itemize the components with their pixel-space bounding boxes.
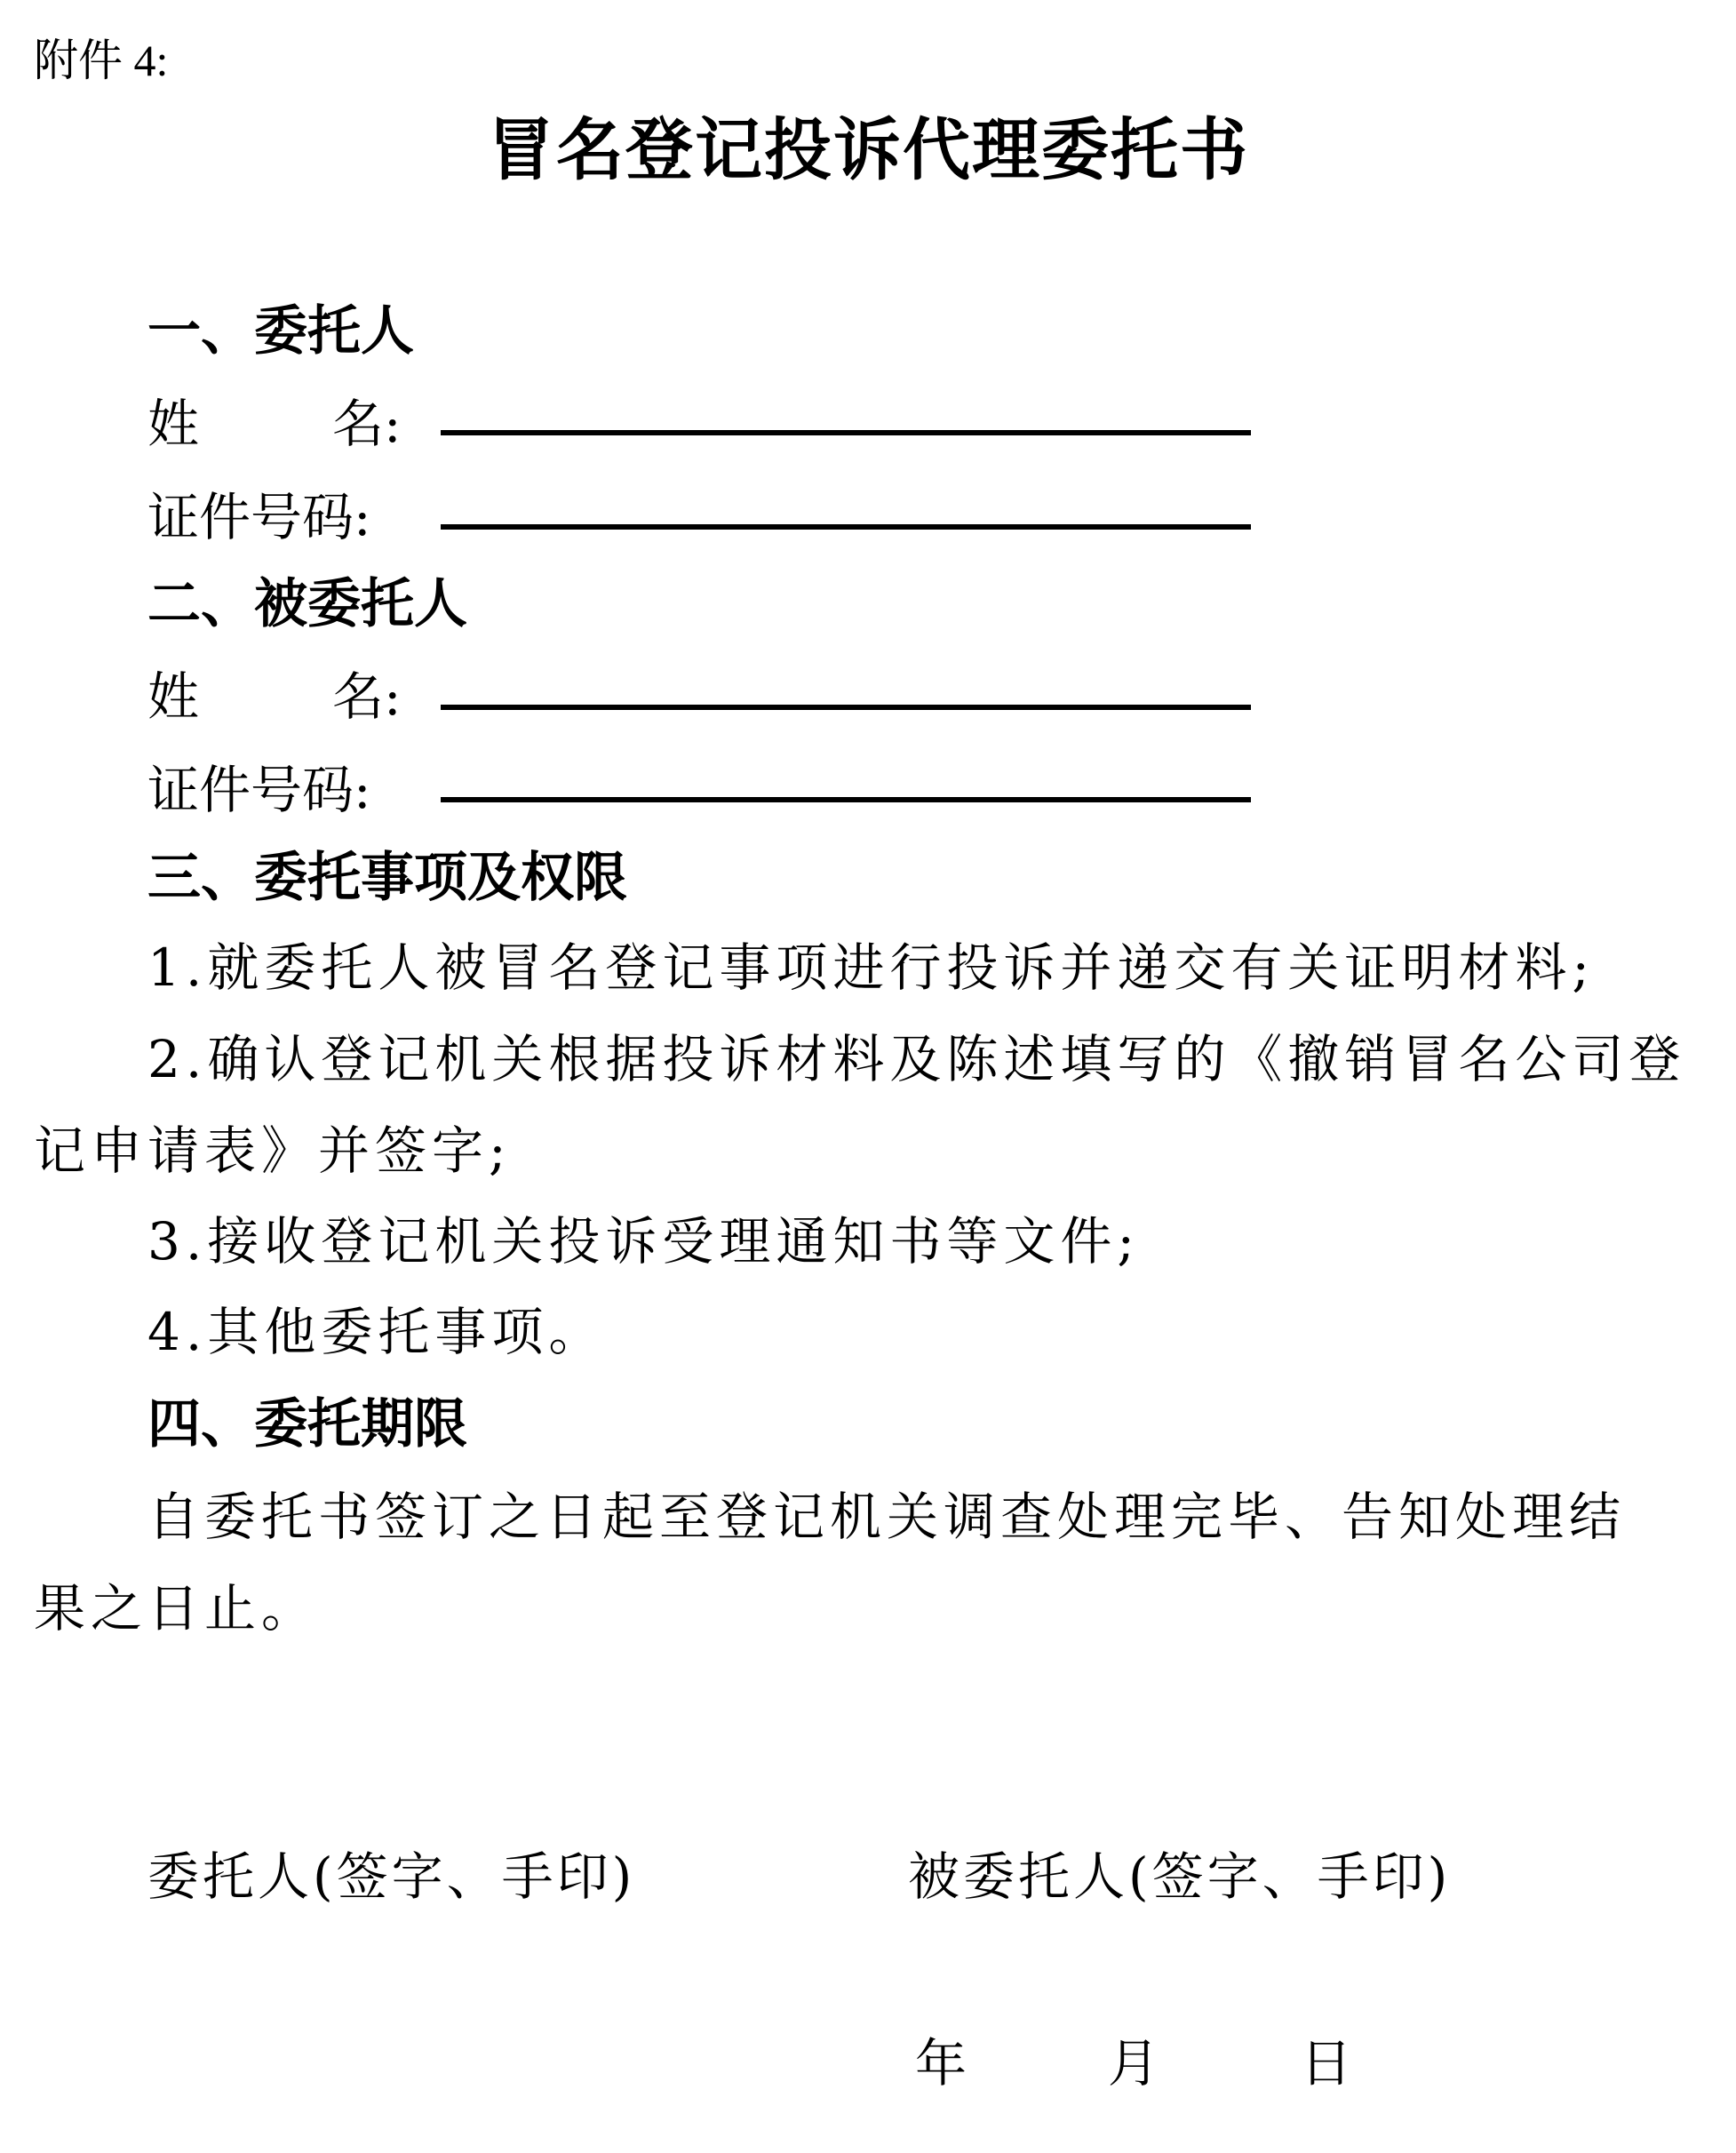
- section-heading-principal: 一、委托人: [147, 289, 414, 365]
- date-line: 年 月 日: [915, 2021, 1356, 2096]
- agent-id-field[interactable]: [441, 797, 1251, 802]
- term-paragraph-line-1: 自委托书签订之日起至登记机关调查处理完毕、告知处理结: [147, 1475, 1626, 1550]
- agent-name-field[interactable]: [441, 705, 1251, 710]
- agent-name-label: 姓名:: [147, 655, 402, 730]
- name-label-end: 名:: [332, 666, 402, 727]
- scope-item-3: 3.接收登记机关投诉受理通知书等文件;: [147, 1200, 1140, 1274]
- section-heading-scope: 三、委托事项及权限: [147, 835, 627, 912]
- scope-item-4: 4.其他委托事项。: [147, 1290, 605, 1365]
- document-title: 冒名登记投诉代理委托书: [0, 96, 1736, 193]
- principal-id-field[interactable]: [441, 524, 1251, 530]
- agent-id-label: 证件号码:: [147, 748, 371, 823]
- term-paragraph-line-2: 果之日止。: [34, 1567, 318, 1641]
- principal-name-field[interactable]: [441, 430, 1251, 435]
- name-label-end: 名:: [332, 394, 402, 454]
- principal-id-label: 证件号码:: [147, 475, 371, 550]
- principal-name-label: 姓名:: [147, 382, 402, 457]
- scope-item-1: 1.就委托人被冒名登记事项进行投诉并递交有关证明材料;: [147, 926, 1595, 1001]
- section-heading-term: 四、委托期限: [147, 1382, 467, 1458]
- date-day-label: 日: [1301, 2021, 1356, 2096]
- name-label-start: 姓: [147, 394, 199, 454]
- date-month-label: 月: [1108, 2021, 1163, 2096]
- scope-item-2: 2.确认登记机关根据投诉材料及陈述填写的《撤销冒名公司登: [147, 1017, 1685, 1092]
- name-label-start: 姓: [147, 666, 199, 727]
- principal-signature-label: 委托人(签字、手印): [147, 1835, 635, 1910]
- attachment-label: 附件 4:: [34, 25, 168, 89]
- section-heading-agent: 二、被委托人: [147, 562, 467, 638]
- date-year-label: 年: [915, 2021, 970, 2096]
- agent-signature-label: 被委托人(签字、手印): [908, 1835, 1451, 1910]
- scope-item-2-continued: 记申请表》并签字;: [34, 1109, 512, 1184]
